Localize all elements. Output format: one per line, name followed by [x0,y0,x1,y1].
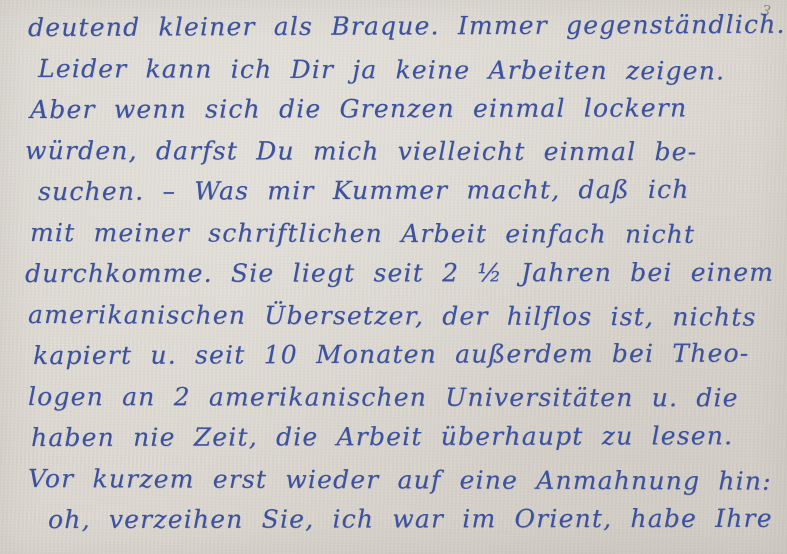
handwritten-line: Aber wenn sich die Grenzen einmal locker… [30,87,787,130]
handwritten-line: suchen. – Was mir Kummer macht, daß ich [38,168,787,212]
handwritten-line: mit meiner schriftlichen Arbeit einfach … [30,212,787,255]
handwritten-line: deutend kleiner als Braque. Immer gegens… [28,4,787,48]
handwritten-line: Vor kurzem erst wieder auf eine Anmahnun… [28,458,787,502]
handwritten-line: Leider kann ich Dir ja keine Arbeiten ze… [38,48,787,92]
handwritten-line: oh, verzeihen Sie, ich war im Orient, ha… [48,498,787,540]
handwritten-line: würden, darfst Du mich vielleicht einmal… [25,130,787,172]
handwritten-line: amerikanischen Übersetzer, der hilflos i… [28,294,787,338]
handwritten-line: kapiert u. seit 10 Monaten außerdem bei … [33,332,787,376]
handwritten-line: logen an 2 amerikanischen Universitäten … [28,376,787,418]
letter-page: 3 deutend kleiner als Braque. Immer gege… [0,0,787,554]
handwritten-line: durchkomme. Sie liegt seit 2 ½ Jahren be… [25,252,787,294]
handwritten-line: haben nie Zeit, die Arbeit überhaupt zu … [31,415,787,458]
handwriting-lines: deutend kleiner als Braque. Immer gegens… [0,7,787,540]
